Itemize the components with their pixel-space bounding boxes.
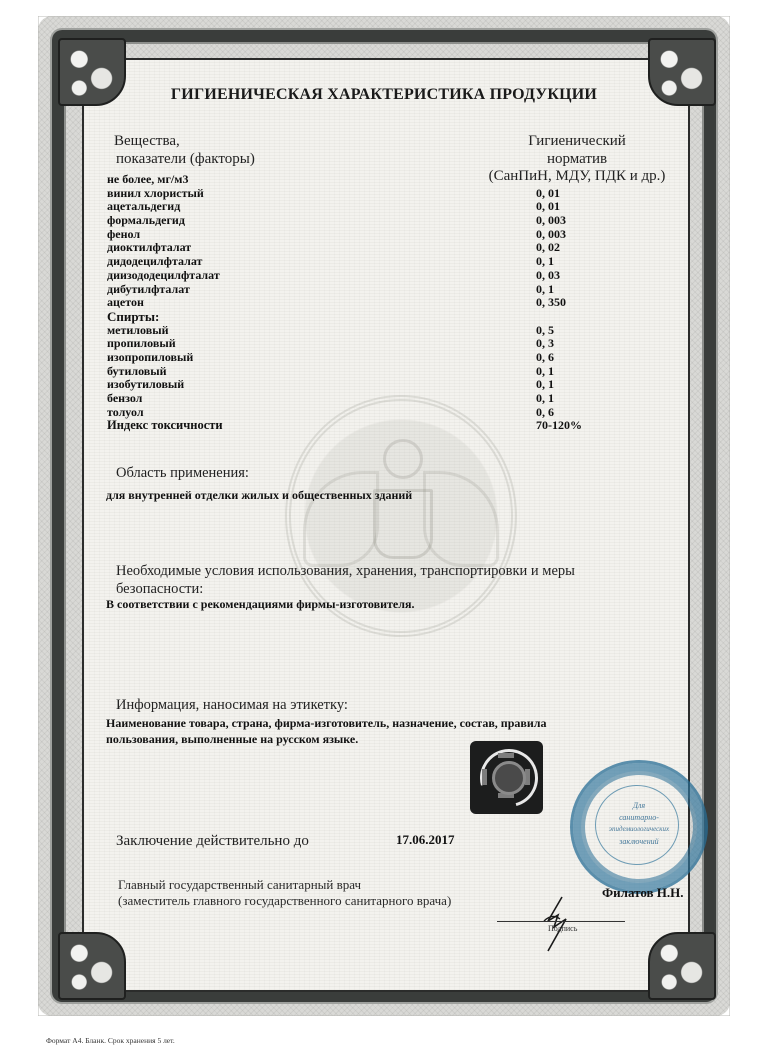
label-info-text-line2: пользования, выполненные на русском язык… bbox=[106, 732, 358, 747]
table-row-value bbox=[536, 310, 582, 324]
substances-header-line2: показатели (факторы) bbox=[116, 151, 255, 168]
table-row-value: 0, 1 bbox=[536, 392, 582, 406]
table-row-substance: винил хлористый bbox=[107, 187, 223, 201]
validity-label: Заключение действительно до bbox=[116, 833, 309, 850]
document-title: ГИГИЕНИЧЕСКАЯ ХАРАКТЕРИСТИКА ПРОДУКЦИИ bbox=[0, 86, 768, 104]
table-row-value: 0, 1 bbox=[536, 378, 582, 392]
table-row-value: 0, 1 bbox=[536, 255, 582, 269]
hologram-seal-icon bbox=[470, 741, 543, 814]
table-row-substance: дибутилфталат bbox=[107, 283, 223, 297]
application-text: для внутренней отделки жилых и обществен… bbox=[106, 488, 412, 503]
table-row-value: 0, 01 bbox=[536, 200, 582, 214]
table-row-value: 0, 6 bbox=[536, 351, 582, 365]
table-row-substance: изобутиловый bbox=[107, 378, 223, 392]
table-row-substance: изопропиловый bbox=[107, 351, 223, 365]
table-row-substance: диоктилфталат bbox=[107, 241, 223, 255]
table-row-value: 0, 03 bbox=[536, 269, 582, 283]
stamp-text: эпидемиологических bbox=[573, 825, 705, 833]
application-label: Область применения: bbox=[116, 465, 249, 482]
table-row-substance: фенол bbox=[107, 228, 223, 242]
stamp-text: Для bbox=[573, 801, 705, 810]
table-row-substance: метиловый bbox=[107, 324, 223, 338]
validity-date: 17.06.2017 bbox=[396, 832, 455, 848]
table-row-substance: дидодецилфталат bbox=[107, 255, 223, 269]
signature-line bbox=[497, 921, 625, 922]
norm-values-column: 0, 01 0, 01 0, 003 0, 003 0, 02 0, 1 0, … bbox=[536, 173, 582, 433]
table-row-value: 0, 003 bbox=[536, 228, 582, 242]
table-row-substance: пропиловый bbox=[107, 337, 223, 351]
signature-caption: Подпись bbox=[548, 924, 577, 933]
stamp-text: заключений bbox=[573, 837, 705, 846]
corner-ornament-icon bbox=[648, 932, 716, 1000]
table-row-value: 70-120% bbox=[536, 419, 582, 433]
corner-ornament-icon bbox=[58, 932, 126, 1000]
handwritten-signature-icon bbox=[540, 893, 580, 953]
table-row-value: 0, 003 bbox=[536, 214, 582, 228]
table-row-value: 0, 1 bbox=[536, 365, 582, 379]
table-row-substance: бутиловый bbox=[107, 365, 223, 379]
stamp-text: санитарно- bbox=[573, 813, 705, 822]
norm-header-line1: Гигиенический bbox=[512, 133, 642, 150]
conditions-label-line1: Необходимые условия использования, хране… bbox=[116, 563, 575, 580]
conditions-text: В соответствии с рекомендациями фирмы-из… bbox=[106, 597, 414, 612]
table-row-substance: Спирты: bbox=[107, 310, 223, 324]
label-info-label: Информация, наносимая на этикетку: bbox=[116, 697, 348, 714]
table-row-substance: формальдегид bbox=[107, 214, 223, 228]
table-row-substance: не более, мг/м3 bbox=[107, 173, 223, 187]
signatory-name: Филатов Н.Н. bbox=[602, 885, 684, 901]
table-row-substance: ацетальдегид bbox=[107, 200, 223, 214]
substances-header-line1: Вещества, bbox=[114, 133, 180, 150]
signatory-title-line1: Главный государственный санитарный врач bbox=[118, 877, 361, 893]
table-row-value: 0, 350 bbox=[536, 296, 582, 310]
official-stamp-icon: Для санитарно- эпидемиологических заключ… bbox=[570, 760, 708, 894]
signatory-title-line2: (заместитель главного государственного с… bbox=[118, 893, 451, 909]
table-row-substance: Индекс токсичности bbox=[107, 419, 223, 433]
table-row-value: 0, 5 bbox=[536, 324, 582, 338]
conditions-label-line2: безопасности: bbox=[116, 581, 203, 598]
table-row-value: 0, 01 bbox=[536, 187, 582, 201]
substances-column: не более, мг/м3 винил хлористый ацетальд… bbox=[107, 173, 223, 433]
norm-header-line2: норматив bbox=[512, 151, 642, 168]
table-row-substance: диизододецилфталат bbox=[107, 269, 223, 283]
table-row-value: 0, 6 bbox=[536, 406, 582, 420]
table-row-value: 0, 3 bbox=[536, 337, 582, 351]
table-row-value: 0, 02 bbox=[536, 241, 582, 255]
table-row-value bbox=[536, 173, 582, 187]
table-row-substance: толуол bbox=[107, 406, 223, 420]
label-info-text-line1: Наименование товара, страна, фирма-изгот… bbox=[106, 716, 547, 731]
form-footer-note: Формат А4. Бланк. Срок хранения 5 лет. bbox=[46, 1036, 175, 1045]
table-row-value: 0, 1 bbox=[536, 283, 582, 297]
table-row-substance: бензол bbox=[107, 392, 223, 406]
table-row-substance: ацетон bbox=[107, 296, 223, 310]
